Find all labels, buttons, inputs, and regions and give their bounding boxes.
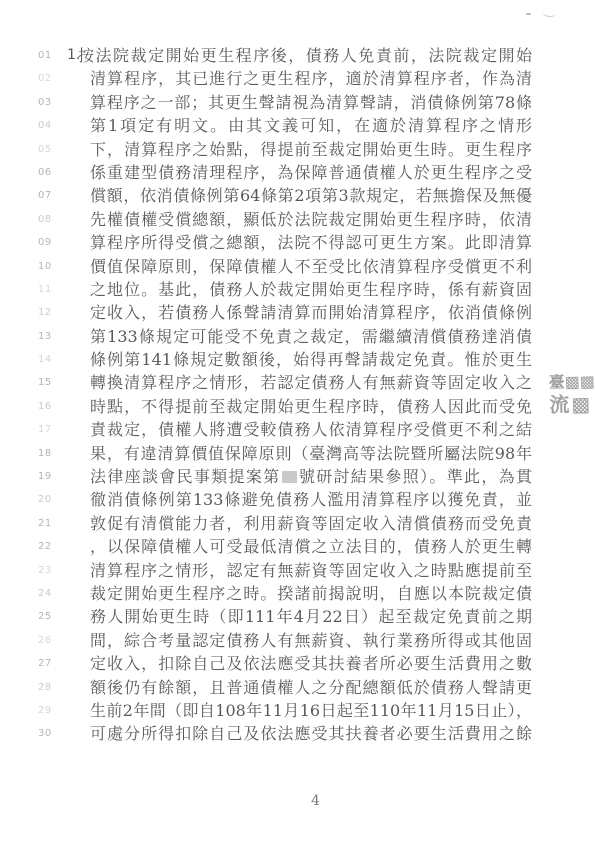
line-number: 11	[38, 283, 52, 296]
line-number: 27	[38, 657, 52, 670]
line-text: 償額，依消債條例第64條第2項第3款規定，若無擔保及無優	[90, 184, 532, 207]
line-text: 之地位。基此，債務人於裁定開始更生程序時，係有薪資固	[90, 278, 532, 301]
document-line: 05下，清算程序之始點，得提前至裁定開始更生時。更生程序	[0, 138, 595, 161]
document-lines: 011.按法院裁定開始更生程序後，債務人免責前，法院裁定開始02清算程序，其已進…	[0, 44, 595, 746]
line-text-before-redaction: 法律座談會民事類提案第	[90, 467, 281, 486]
document-line: 08先權債權受償總額，顯低於法院裁定開始更生程序時，依清	[0, 208, 595, 231]
line-number: 26	[38, 634, 52, 647]
line-number: 24	[38, 587, 52, 600]
line-text: 定收入，若債務人係聲請清算而開始清算程序，依消債條例	[90, 301, 532, 324]
line-number: 02	[38, 72, 52, 85]
line-text: 裁定開始更生程序之時。揆諸前揭說明，自應以本院裁定債	[90, 582, 532, 605]
document-line: 07償額，依消債條例第64條第2項第3款規定，若無擔保及無優	[0, 184, 595, 207]
partial-seal-stamp: 臺▩▩ 流▩	[548, 373, 595, 415]
line-text: 第133條規定可能受不免責之裁定，需繼續清償債務達消債	[90, 325, 532, 348]
line-text: 算程序之一部；其更生聲請視為清算聲請，消債條例第78條	[90, 91, 532, 114]
list-item-marker: 1.	[67, 44, 80, 67]
line-text: 清算程序之情形，認定有無薪資等固定收入之時點應提前至	[90, 559, 532, 582]
line-number: 04	[38, 119, 52, 132]
document-line: 25務人開始更生時（即111年4月22日）起至裁定免責前之期	[0, 605, 595, 628]
line-number: 03	[38, 96, 52, 109]
document-page: 011.按法院裁定開始更生程序後，債務人免責前，法院裁定開始02清算程序，其已進…	[0, 0, 595, 841]
line-number: 25	[38, 610, 52, 623]
line-text: ，以保障債權人可受最低清償之立法目的，債務人於更生轉	[90, 535, 532, 558]
document-line: 10價值保障原則，保障債權人不至受比依清算程序受償更不利	[0, 255, 595, 278]
line-number: 01	[38, 49, 52, 62]
document-line: 09算程序所得受償之總額，法院不得認可更生方案。此即清算	[0, 231, 595, 254]
line-text: 徹消債條例第133條避免債務人濫用清算程序以獲免責，並	[90, 488, 532, 511]
document-line: 13第133條規定可能受不免責之裁定，需繼續清償債務達消債	[0, 325, 595, 348]
line-text: 法律座談會民事類提案第號研討結果參照）。準此，為貫	[90, 465, 532, 488]
line-text: 先權債權受償總額，顯低於法院裁定開始更生程序時，依清	[90, 208, 532, 231]
document-line: 27定收入，扣除自己及依法應受其扶養者所必要生活費用之數	[0, 652, 595, 675]
line-text: 係重建型債務清理程序，為保障普通債權人於更生程序之受	[90, 161, 532, 184]
document-line: 16時點，不得提前至裁定開始更生程序時，債務人因此而受免	[0, 395, 595, 418]
scan-artifact	[526, 13, 531, 15]
document-line: 21敦促有清償能力者，利用薪資等固定收入清償債務而受免責	[0, 512, 595, 535]
line-text: 時點，不得提前至裁定開始更生程序時，債務人因此而受免	[90, 395, 532, 418]
line-text-after-redaction: 號研討結果參照）。準此，為貫	[298, 467, 532, 486]
line-number: 19	[38, 470, 52, 483]
document-line: 011.按法院裁定開始更生程序後，債務人免責前，法院裁定開始	[0, 44, 595, 67]
document-line: 30可處分所得扣除自己及依法應受其扶養者必要生活費用之餘	[0, 722, 595, 745]
line-text: 可處分所得扣除自己及依法應受其扶養者必要生活費用之餘	[90, 722, 532, 745]
document-line: 06係重建型債務清理程序，為保障普通債權人於更生程序之受	[0, 161, 595, 184]
line-number: 09	[38, 236, 52, 249]
document-line: 23清算程序之情形，認定有無薪資等固定收入之時點應提前至	[0, 559, 595, 582]
line-number: 23	[38, 564, 52, 577]
seal-stamp-row: 臺▩▩	[548, 373, 595, 391]
line-number: 06	[38, 166, 52, 179]
seal-stamp-row: 流▩	[549, 393, 595, 415]
document-line: 24裁定開始更生程序之時。揆諸前揭說明，自應以本院裁定債	[0, 582, 595, 605]
line-number: 12	[38, 306, 52, 319]
line-number: 28	[38, 681, 52, 694]
line-text: 算程序所得受償之總額，法院不得認可更生方案。此即清算	[90, 231, 532, 254]
line-text: 定收入，扣除自己及依法應受其扶養者所必要生活費用之數	[90, 652, 532, 675]
line-text: 責裁定，債權人將遭受較債務人依清算程序受償更不利之結	[90, 418, 532, 441]
document-line: 12定收入，若債務人係聲請清算而開始清算程序，依消債條例	[0, 301, 595, 324]
line-text: 額後仍有餘額，且普通債權人之分配總額低於債務人聲請更	[90, 676, 532, 699]
document-line: 14條例第141條規定數額後，始得再聲請裁定免責。惟於更生	[0, 348, 595, 371]
line-text: 轉換清算程序之情形，若認定債務人有無薪資等固定收入之	[90, 371, 532, 394]
line-text: 按法院裁定開始更生程序後，債務人免責前，法院裁定開始	[78, 44, 532, 67]
document-line: 18果，有違清算價值保障原則（臺灣高等法院暨所屬法院98年	[0, 442, 595, 465]
line-number: 05	[38, 143, 52, 156]
line-number: 21	[38, 517, 52, 530]
line-number: 18	[38, 447, 52, 460]
line-number: 10	[38, 260, 52, 273]
line-number: 22	[38, 540, 52, 553]
document-line: 20徹消債條例第133條避免債務人濫用清算程序以獲免責，並	[0, 488, 595, 511]
line-text: 果，有違清算價值保障原則（臺灣高等法院暨所屬法院98年	[90, 442, 532, 465]
redaction-box	[282, 471, 297, 483]
line-number: 14	[38, 353, 52, 366]
line-text: 第1項定有明文。由其文義可知，在適於清算程序之情形	[90, 114, 532, 137]
line-text: 下，清算程序之始點，得提前至裁定開始更生時。更生程序	[90, 138, 532, 161]
line-text: 價值保障原則，保障債權人不至受比依清算程序受償更不利	[90, 255, 532, 278]
document-line: 17責裁定，債權人將遭受較債務人依清算程序受償更不利之結	[0, 418, 595, 441]
document-line: 28額後仍有餘額，且普通債權人之分配總額低於債務人聲請更	[0, 676, 595, 699]
line-number: 13	[38, 330, 52, 343]
line-number: 16	[38, 400, 52, 413]
document-line: 26間，綜合考量認定債務人有無薪資、執行業務所得或其他固	[0, 629, 595, 652]
document-line: 22，以保障債權人可受最低清償之立法目的，債務人於更生轉	[0, 535, 595, 558]
line-number: 17	[38, 423, 52, 436]
line-number: 30	[38, 727, 52, 740]
document-line: 15轉換清算程序之情形，若認定債務人有無薪資等固定收入之	[0, 371, 595, 394]
page-number: 4	[311, 793, 320, 809]
document-line: 19法律座談會民事類提案第號研討結果參照）。準此，為貫	[0, 465, 595, 488]
line-text: 生前2年間（即自108年11月16日起至110年11月15日止），	[90, 699, 532, 722]
line-text: 間，綜合考量認定債務人有無薪資、執行業務所得或其他固	[90, 629, 532, 652]
line-number: 20	[38, 493, 52, 506]
line-text: 敦促有清償能力者，利用薪資等固定收入清償債務而受免責	[90, 512, 532, 535]
line-number: 15	[38, 376, 52, 389]
document-line: 03算程序之一部；其更生聲請視為清算聲請，消債條例第78條	[0, 91, 595, 114]
document-line: 04第1項定有明文。由其文義可知，在適於清算程序之情形	[0, 114, 595, 137]
document-line: 29生前2年間（即自108年11月16日起至110年11月15日止），	[0, 699, 595, 722]
document-line: 02清算程序，其已進行之更生程序，適於清算程序者，作為清	[0, 67, 595, 90]
line-text: 清算程序，其已進行之更生程序，適於清算程序者，作為清	[90, 67, 532, 90]
scan-artifact	[543, 9, 557, 18]
line-text: 務人開始更生時（即111年4月22日）起至裁定免責前之期	[90, 605, 532, 628]
line-number: 07	[38, 189, 52, 202]
line-text: 條例第141條規定數額後，始得再聲請裁定免責。惟於更生	[90, 348, 532, 371]
line-number: 29	[38, 704, 52, 717]
document-line: 11之地位。基此，債務人於裁定開始更生程序時，係有薪資固	[0, 278, 595, 301]
line-number: 08	[38, 213, 52, 226]
